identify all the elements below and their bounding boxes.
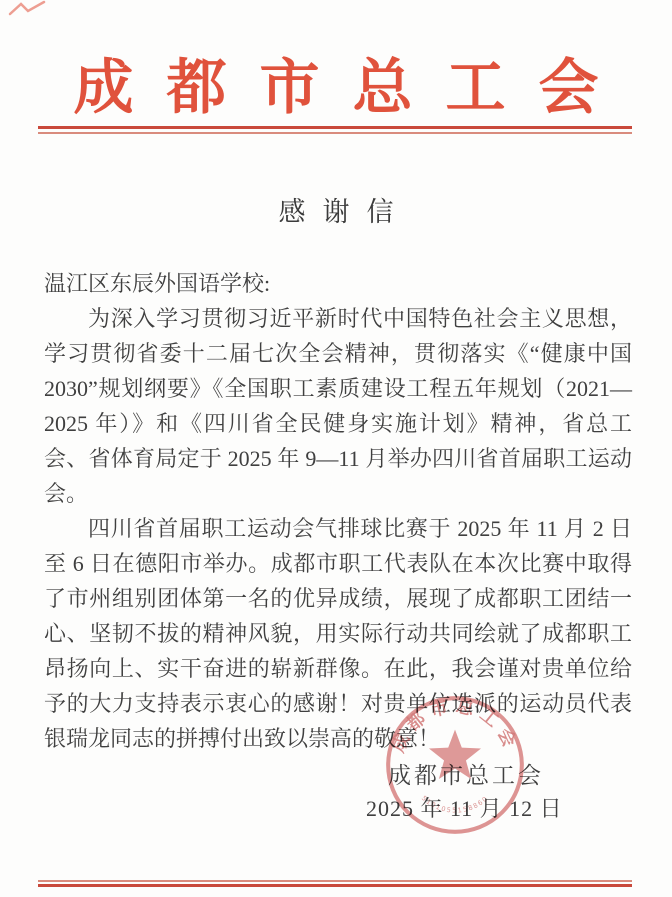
paragraph-2: 四川省首届职工运动会气排球比赛于 2025 年 11 月 2 日至 6 日在德阳…	[44, 511, 632, 756]
letter-page: 成都市总工会 感谢信 温江区东辰外国语学校: 为深入学习贯彻习近平新时代中国特色…	[0, 0, 672, 897]
header-rule-thick	[38, 126, 632, 129]
letter-title: 感谢信	[0, 190, 672, 229]
signature-name: 成都市总工会	[388, 757, 544, 790]
salutation: 温江区东辰外国语学校:	[44, 266, 632, 301]
footer-rule-thick	[38, 884, 632, 887]
header-org-name: 成都市总工会	[0, 40, 672, 126]
paragraph-1: 为深入学习贯彻习近平新时代中国特色社会主义思想，学习贯彻省委十二届七次全会精神，…	[44, 301, 632, 511]
footer-rule-thin	[38, 880, 632, 882]
signature-date: 2025 年 11 月 12 日	[366, 792, 563, 823]
letter-body: 温江区东辰外国语学校: 为深入学习贯彻习近平新时代中国特色社会主义思想，学习贯彻…	[44, 266, 632, 756]
header-rule-thin	[38, 132, 632, 134]
corner-ink-mark	[8, 0, 50, 18]
